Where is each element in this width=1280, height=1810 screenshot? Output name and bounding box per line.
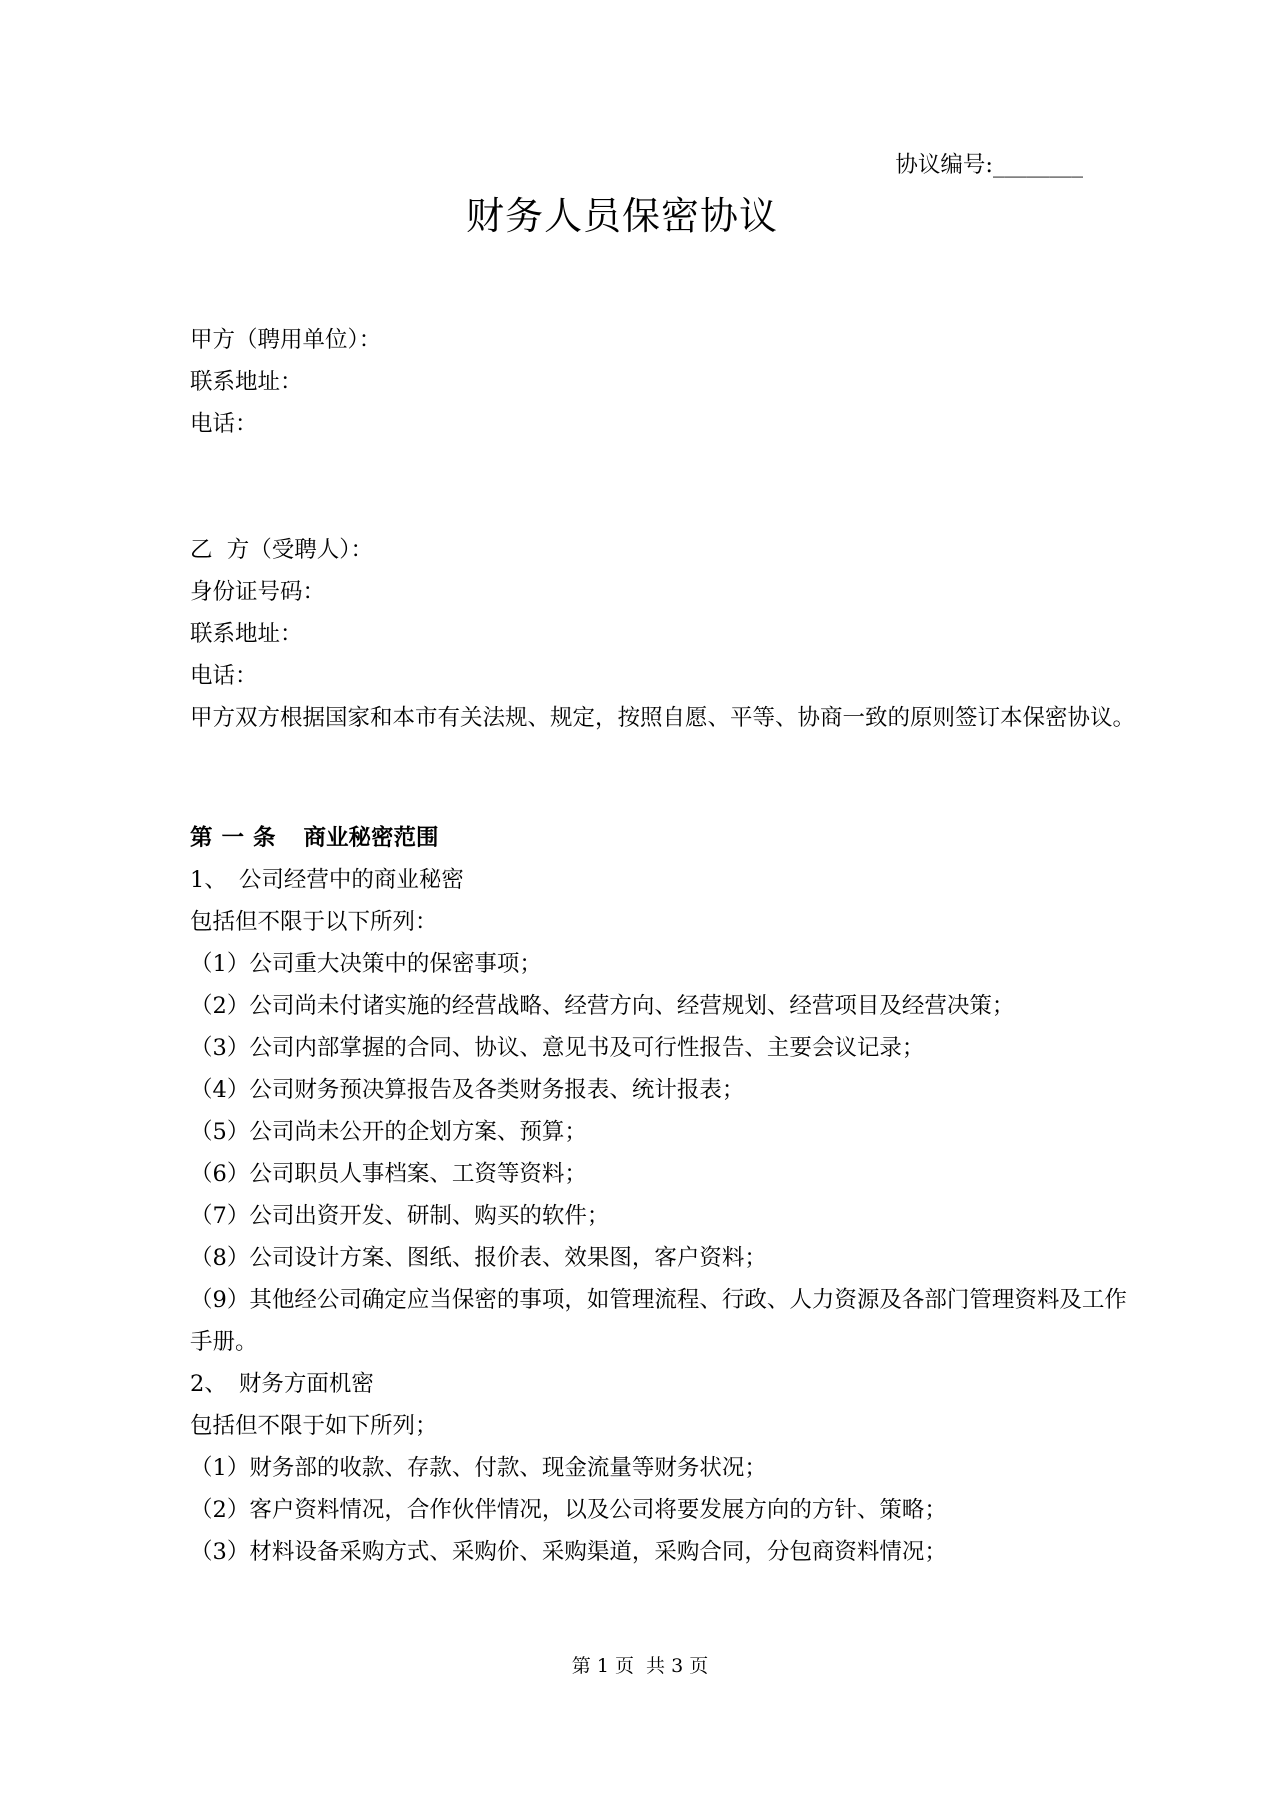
section-2-intro: 包括但不限于如下所列； [190,1405,1135,1447]
section-2-number: 2、 [190,1371,227,1397]
page-footer: 第 1 页 共 3 页 [0,1645,1280,1687]
clause-item: （6）公司职员人事档案、工资等资料； [190,1153,1135,1195]
article-1-title: 商业秘密范围 [304,825,439,851]
party-a-name-line: 甲方（聘用单位）： [190,319,1135,361]
section-1-number: 1、 [190,867,227,893]
clause-item: （4）公司财务预决算报告及各类财务报表、统计报表； [190,1069,1135,1111]
clause-item: （3）材料设备采购方式、采购价、采购渠道，采购合同，分包商资料情况； [190,1531,1135,1573]
clause-item: （3）公司内部掌握的合同、协议、意见书及可行性报告、主要会议记录； [190,1027,1135,1069]
party-b-name-line: 乙 方（受聘人）： [190,529,1135,571]
clause-item: （5）公司尚未公开的企划方案、预算； [190,1111,1135,1153]
clause-item: （7）公司出资开发、研制、购买的软件； [190,1195,1135,1237]
agreement-number-blank-line: ________ [993,152,1083,178]
document-title: 财务人员保密协议 [0,193,1244,239]
clause-item: （1）财务部的收款、存款、付款、现金流量等财务状况； [190,1447,1135,1489]
section-1-name: 公司经营中的商业秘密 [239,867,464,893]
document-body: 甲方（聘用单位）： 联系地址： 电话： 乙 方（受聘人）： 身份证号码： 联系地… [190,319,1135,1573]
section-2-name: 财务方面机密 [239,1371,374,1397]
party-b-phone-line: 电话： [190,655,1135,697]
agreement-number-label: 协议编号: [895,152,993,178]
document-page: 协议编号:________ 财务人员保密协议 甲方（聘用单位）： 联系地址： 电… [0,0,1280,1810]
section-2-title: 2、财务方面机密 [190,1363,1135,1405]
clause-item: （8）公司设计方案、图纸、报价表、效果图，客户资料； [190,1237,1135,1279]
preamble-paragraph: 甲方双方根据国家和本市有关法规、规定，按照自愿、平等、协商一致的原则签订本保密协… [190,697,1135,739]
clause-item: （2）客户资料情况，合作伙伴情况，以及公司将要发展方向的方针、策略； [190,1489,1135,1531]
spacer [190,445,1135,529]
agreement-number-row: 协议编号:________ [0,144,1280,186]
party-a-phone-line: 电话： [190,403,1135,445]
clause-item: （2）公司尚未付诸实施的经营战略、经营方向、经营规划、经营项目及经营决策； [190,985,1135,1027]
section-1-title: 1、公司经营中的商业秘密 [190,859,1135,901]
party-b-id-line: 身份证号码： [190,571,1135,613]
clause-item: （1）公司重大决策中的保密事项； [190,943,1135,985]
clause-item: （9）其他经公司确定应当保密的事项，如管理流程、行政、人力资源及各部门管理资料及… [190,1279,1135,1363]
section-2-item-list: （1）财务部的收款、存款、付款、现金流量等财务状况；（2）客户资料情况，合作伙伴… [190,1447,1135,1573]
spacer [190,739,1135,817]
party-a-address-line: 联系地址： [190,361,1135,403]
section-1-intro: 包括但不限于以下所列： [190,901,1135,943]
party-b-address-line: 联系地址： [190,613,1135,655]
article-1-number: 第一条 [190,825,285,851]
article-1-heading: 第一条商业秘密范围 [190,817,1135,859]
section-1-item-list: （1）公司重大决策中的保密事项；（2）公司尚未付诸实施的经营战略、经营方向、经营… [190,943,1135,1363]
